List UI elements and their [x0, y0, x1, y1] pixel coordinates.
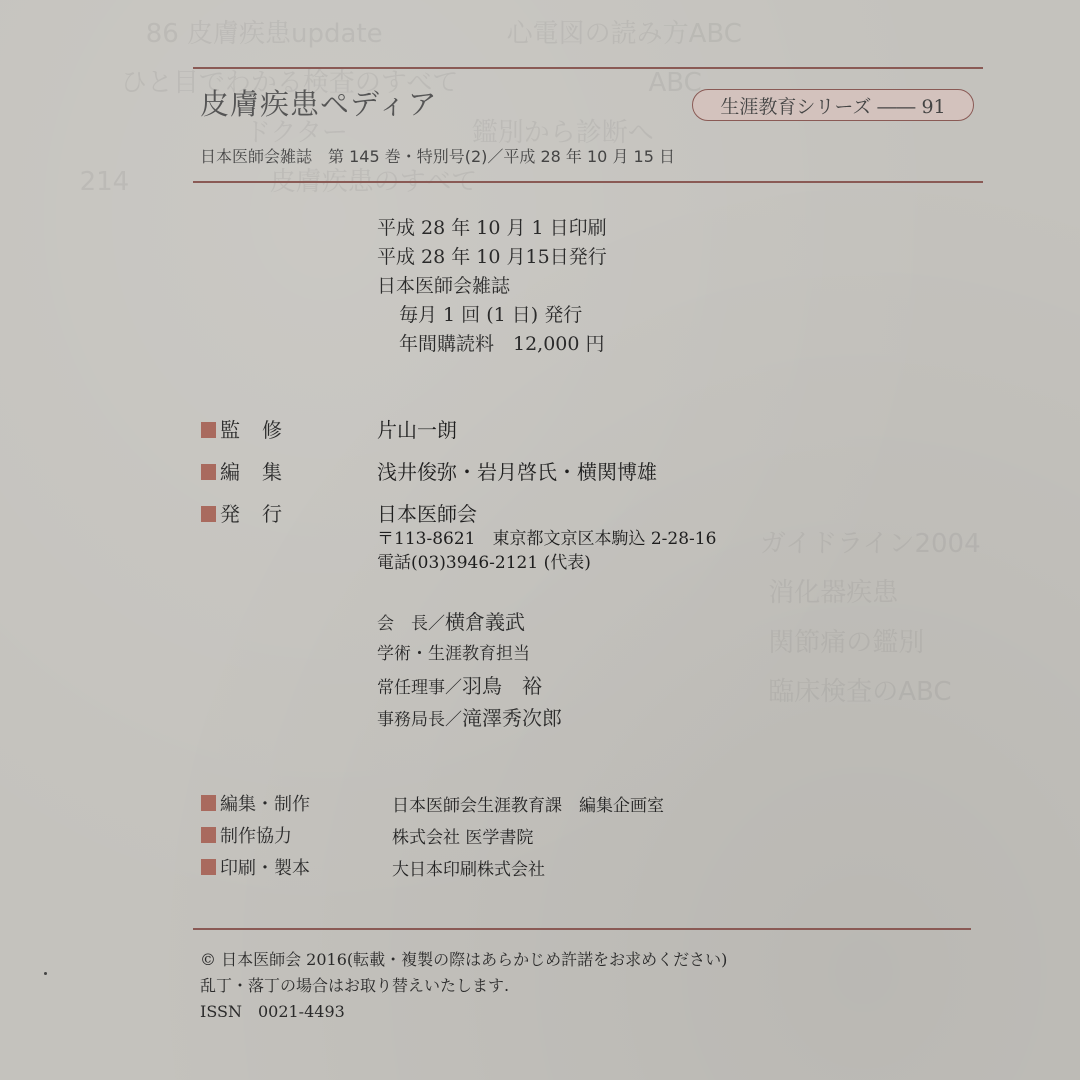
officer-name: 滝澤秀次郎: [462, 706, 562, 730]
officer-education: 学術・生涯教育担当: [377, 638, 562, 670]
production-label: 印刷・製本: [220, 854, 392, 880]
credits-section: 監 修 片山一朗 編 集 浅井俊弥・岩月啓氏・横関博雄 発 行 日本医師会 〒1…: [201, 417, 716, 591]
publisher-phone: 電話(03)3946-2121 (代表): [377, 551, 716, 575]
production-label: 編集・制作: [220, 790, 392, 816]
journal-name: 日本医師会雑誌: [377, 272, 607, 301]
publisher-block: 日本医師会 〒113-8621 東京都文京区本駒込 2-28-16 電話(03)…: [377, 501, 716, 575]
square-marker-icon: [201, 422, 216, 438]
publisher-name: 日本医師会: [377, 501, 716, 527]
book-title: 皮膚疾患ペディア: [200, 82, 438, 123]
bleed-through-text-2: ガイドライン2004 消化器疾患 関節痛の鑑別 臨床検査のABC: [760, 520, 981, 718]
production-row: 制作協力 株式会社 医学書院: [201, 819, 664, 851]
journal-subtitle: 日本医師会雑誌 第 145 巻・特別号(2)／平成 28 年 10 月 15 日: [200, 144, 675, 167]
officer-name: 羽鳥 裕: [462, 674, 542, 698]
officer-role: 常任理事／: [377, 678, 462, 698]
credit-label: 監 修: [220, 417, 377, 443]
production-value: 日本医師会生涯教育課 編集企画室: [392, 791, 664, 816]
issue-date: 平成 28 年 10 月15日発行: [377, 243, 607, 272]
publisher-address: 〒113-8621 東京都文京区本駒込 2-28-16: [377, 527, 716, 551]
officer-director: 常任理事／羽鳥 裕: [377, 670, 562, 702]
square-marker-icon: [201, 464, 216, 480]
footer-rule: [193, 928, 971, 930]
officers-list: 会 長／横倉義武 学術・生涯教育担当 常任理事／羽鳥 裕 事務局長／滝澤秀次郎: [377, 606, 562, 734]
production-row: 印刷・製本 大日本印刷株式会社: [201, 851, 664, 883]
square-marker-icon: [201, 795, 216, 811]
credit-supervisor: 監 修 片山一朗: [201, 417, 716, 443]
officer-role: 学術・生涯教育担当: [377, 644, 530, 664]
series-badge: 生涯教育シリーズ ―― 91: [692, 89, 974, 121]
credit-editors: 編 集 浅井俊弥・岩月啓氏・横関博雄: [201, 459, 716, 485]
credit-publisher: 発 行 日本医師会 〒113-8621 東京都文京区本駒込 2-28-16 電話…: [201, 501, 716, 575]
footer: © 日本医師会 2016(転載・複製の際はあらかじめ許諾をお求めください) 乱丁…: [200, 947, 727, 1025]
frequency: 毎月 1 回 (1 日) 発行: [377, 301, 607, 330]
header-top-rule: [193, 67, 983, 69]
officer-role: 会 長／: [377, 614, 445, 634]
header-bottom-rule: [193, 181, 983, 183]
issn: ISSN 0021-4493: [200, 999, 727, 1025]
square-marker-icon: [201, 827, 216, 843]
publication-info: 平成 28 年 10 月 1 日印刷 平成 28 年 10 月15日発行 日本医…: [377, 214, 607, 359]
square-marker-icon: [201, 506, 216, 522]
square-marker-icon: [201, 859, 216, 875]
officer-role: 事務局長／: [377, 710, 462, 730]
credit-value: 浅井俊弥・岩月啓氏・横関博雄: [377, 459, 657, 485]
production-row: 編集・制作 日本医師会生涯教育課 編集企画室: [201, 787, 664, 819]
copyright-notice: © 日本医師会 2016(転載・複製の際はあらかじめ許諾をお求めください): [200, 947, 727, 973]
credit-label: 編 集: [220, 459, 377, 485]
replacement-notice: 乱丁・落丁の場合はお取り替えいたします.: [200, 973, 727, 999]
production-section: 編集・制作 日本医師会生涯教育課 編集企画室 制作協力 株式会社 医学書院 印刷…: [201, 787, 664, 883]
paper-speck: [44, 972, 47, 975]
officer-president: 会 長／横倉義武: [377, 606, 562, 638]
credit-label: 発 行: [220, 501, 377, 527]
production-value: 株式会社 医学書院: [392, 823, 533, 848]
officer-secretary-general: 事務局長／滝澤秀次郎: [377, 702, 562, 734]
subscription-price: 年間購読料 12,000 円: [377, 330, 607, 359]
credit-value: 片山一朗: [377, 417, 457, 443]
production-label: 制作協力: [220, 822, 392, 848]
officer-name: 横倉義武: [445, 610, 525, 634]
production-value: 大日本印刷株式会社: [392, 855, 545, 880]
print-date: 平成 28 年 10 月 1 日印刷: [377, 214, 607, 243]
